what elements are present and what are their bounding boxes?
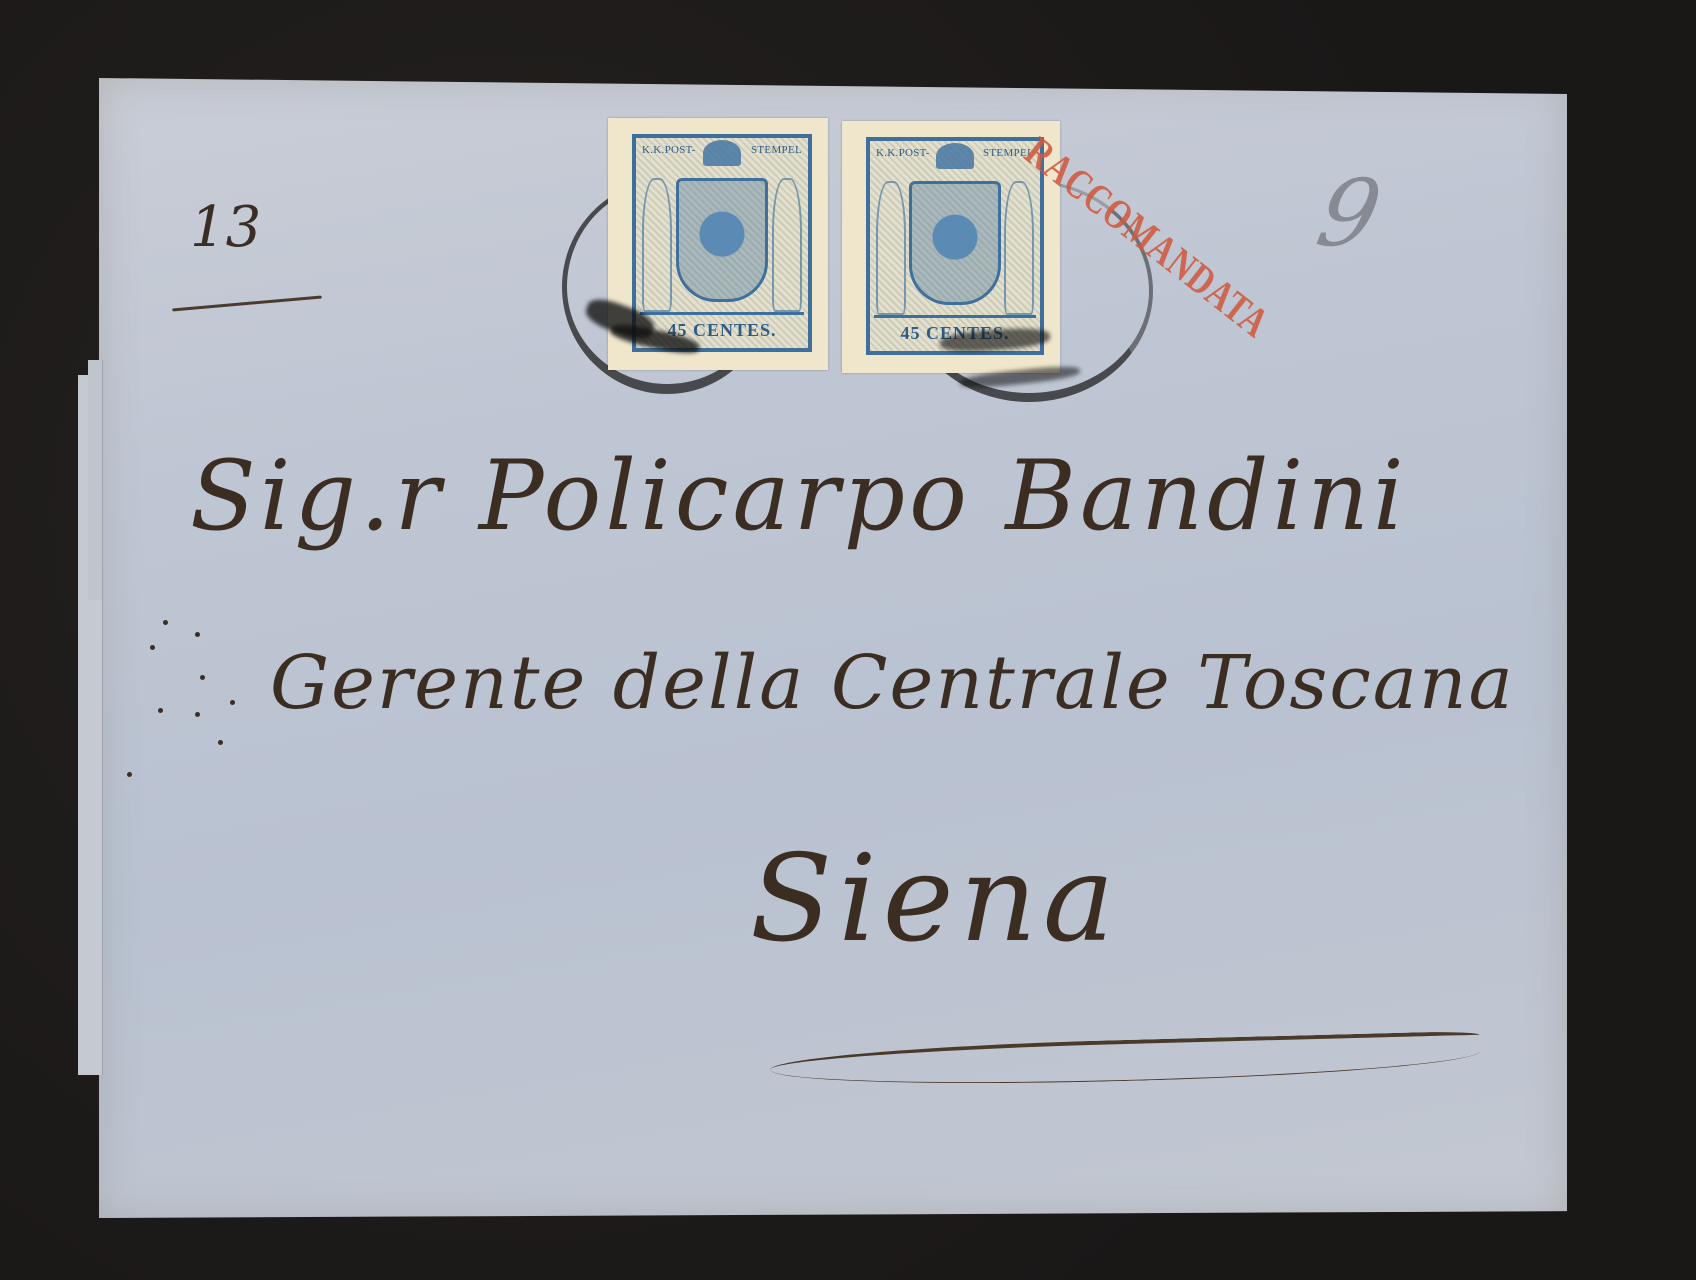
manuscript-reference-number: 13 [190, 195, 261, 260]
coat-of-arms-icon [676, 178, 768, 302]
crown-icon [703, 140, 741, 166]
stamp-header-right-text: STEMPEL [751, 144, 802, 156]
laurel-left-icon [642, 178, 672, 312]
stamp-frame: K.K.POST- STEMPEL 45 CENTES. [632, 134, 812, 352]
laurel-right-icon [772, 178, 802, 312]
ink-spatter [230, 700, 235, 705]
stamp-frame: K.K.POST- STEMPEL 45 CENTES. [866, 137, 1044, 355]
stamp-header-left-text: K.K.POST- [876, 147, 930, 159]
ink-spatter [195, 632, 200, 637]
laurel-right-icon [1004, 181, 1034, 315]
ink-spatter [218, 740, 223, 745]
ink-spatter [200, 675, 205, 680]
stamp-header-left-text: K.K.POST- [642, 144, 696, 156]
ink-spatter [158, 708, 163, 713]
address-city: Siena [750, 830, 1120, 969]
laurel-left-icon [876, 181, 906, 315]
ink-spatter [127, 772, 132, 777]
ink-spatter [150, 645, 155, 650]
address-recipient-name: Sig.r Policarpo Bandini [190, 440, 1408, 552]
ink-spatter [195, 712, 200, 717]
ink-spatter [163, 620, 168, 625]
address-recipient-title: Gerente della Centrale Toscana [270, 640, 1515, 726]
crown-icon [936, 143, 974, 169]
coat-of-arms-icon [909, 181, 1001, 305]
envelope-fold-edge-upper [88, 360, 103, 600]
